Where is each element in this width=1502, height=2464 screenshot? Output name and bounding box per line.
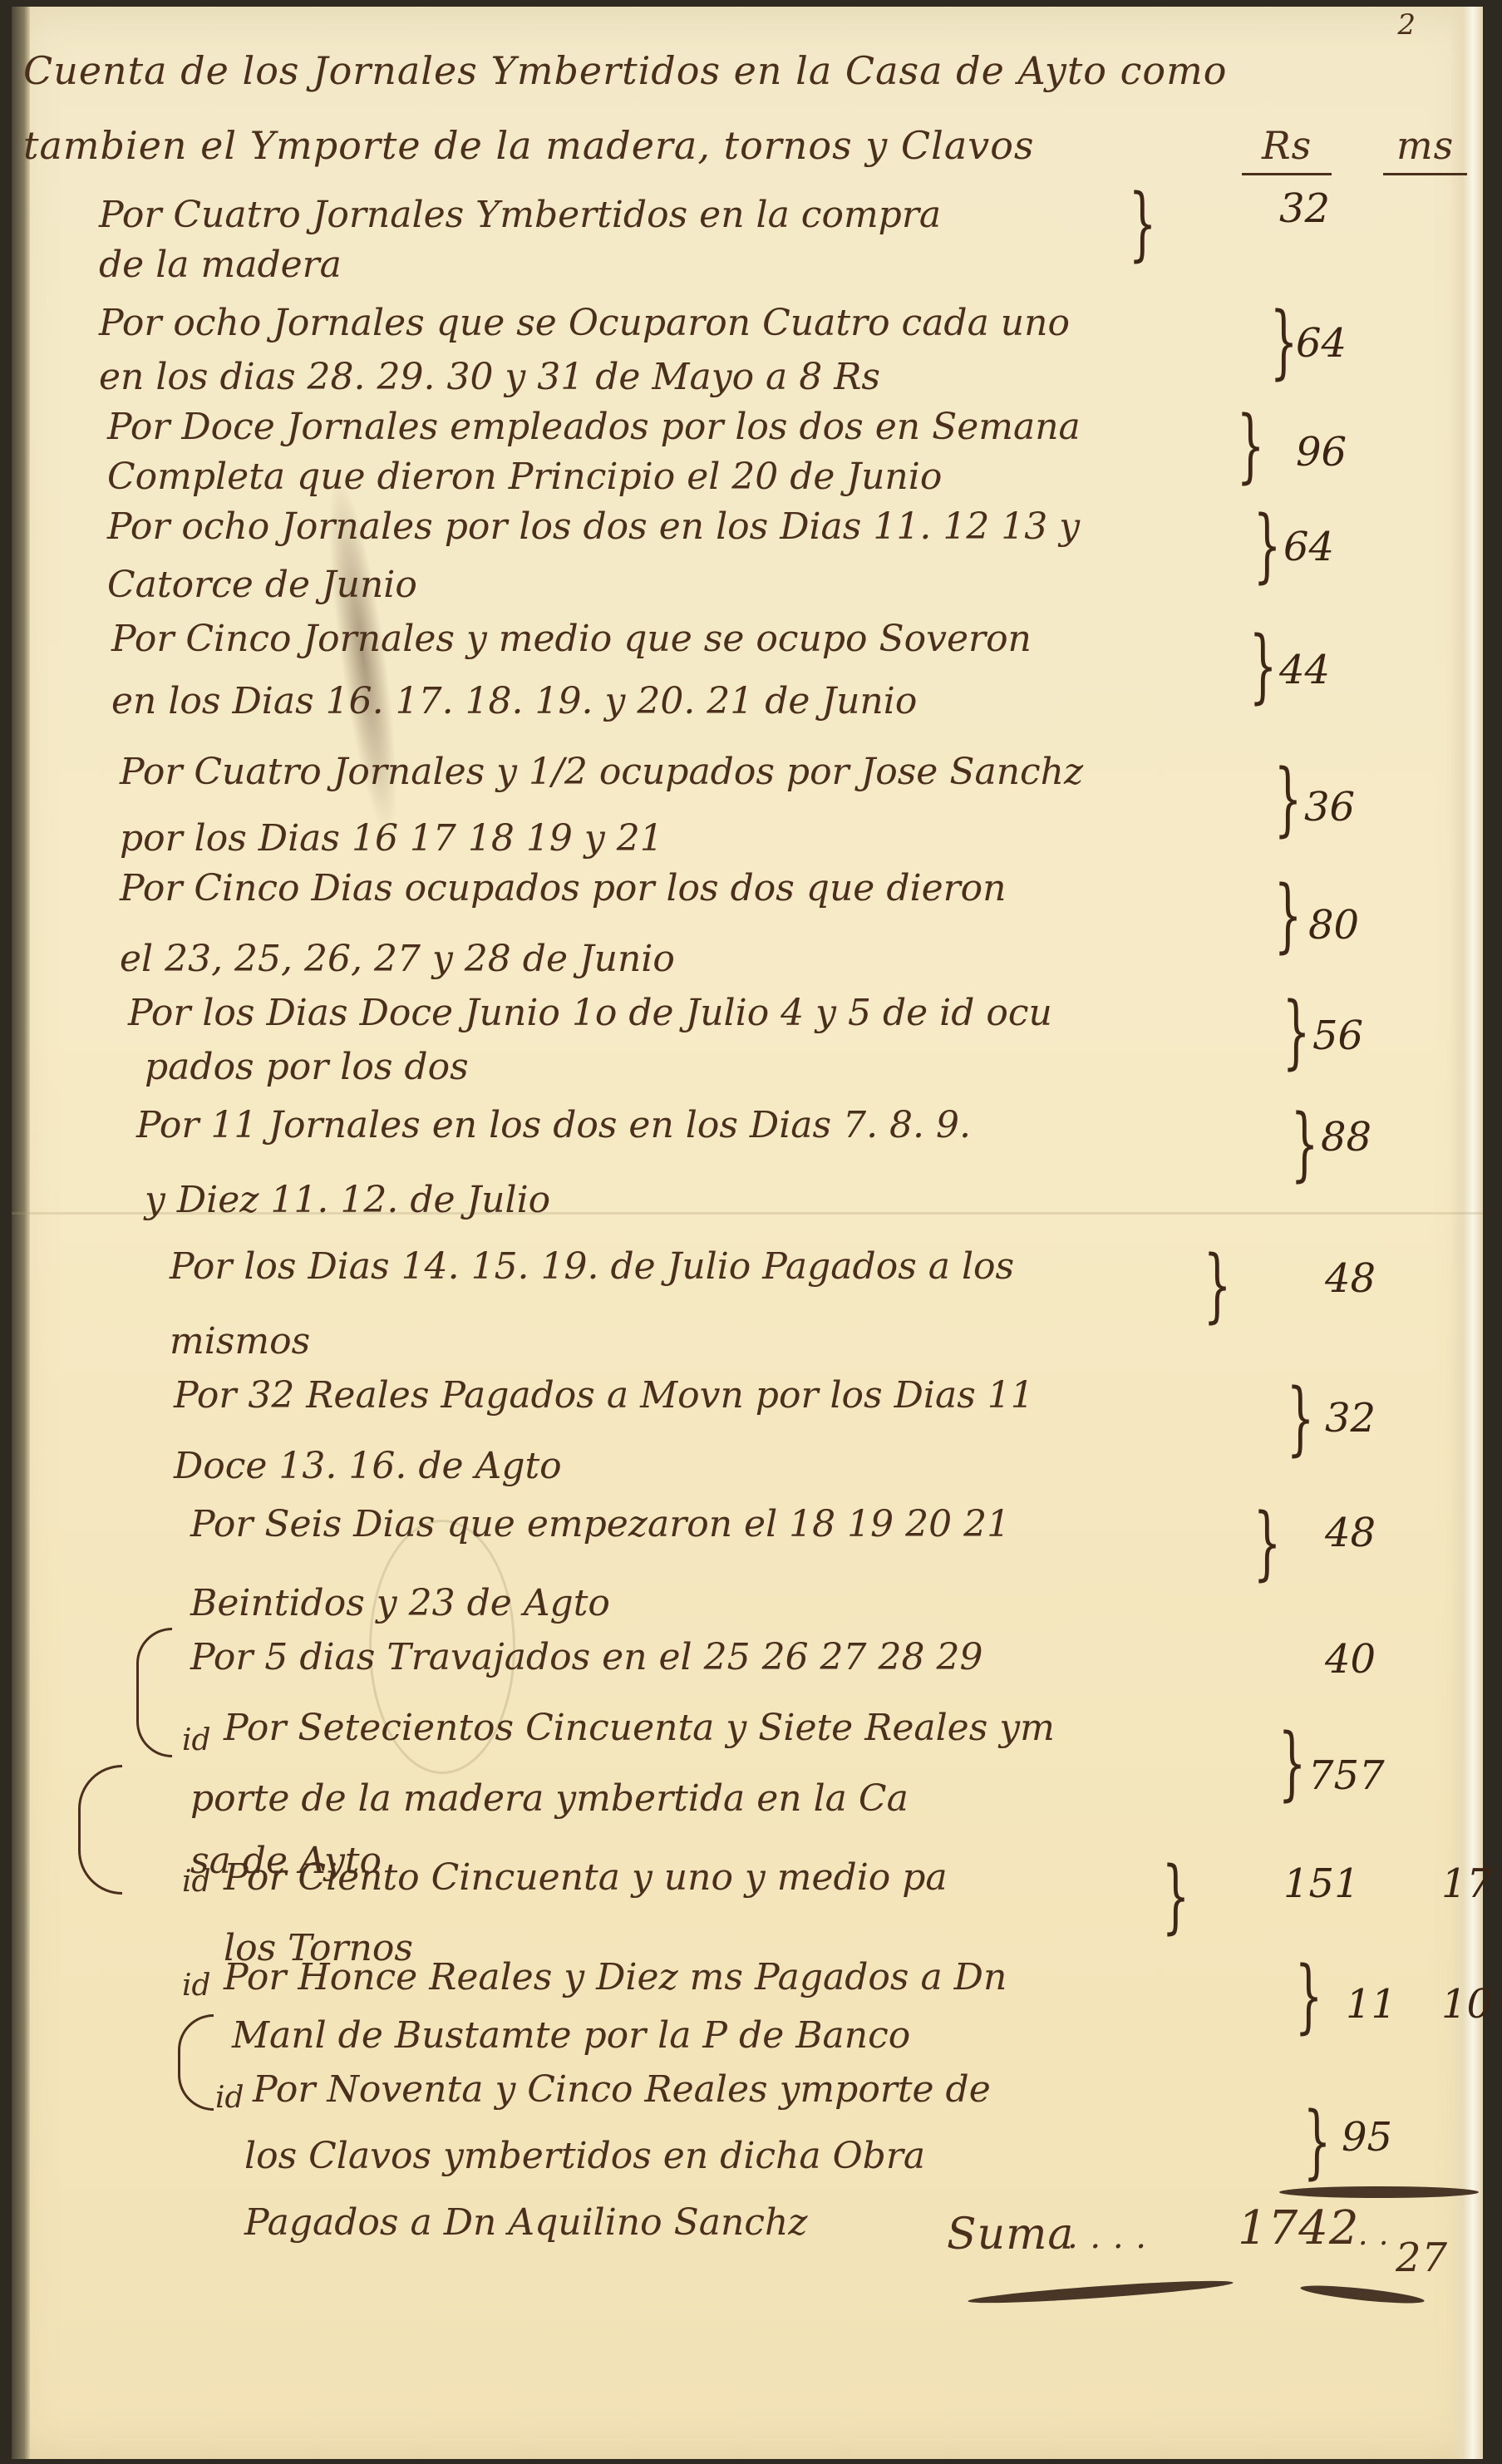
- entry-text: Por Setecientos Cincuenta y Siete Reales…: [224, 1707, 1055, 1749]
- entry-text: Por 11 Jornales en los dos en los Dias 7…: [136, 1104, 971, 1146]
- brace: }: [1253, 505, 1282, 585]
- document-title-line-1: Cuenta de los Jornales Ymbertidos en la …: [23, 48, 1227, 93]
- entry-text: Catorce de Junio: [107, 564, 417, 606]
- margin-note-idem: id: [182, 1723, 211, 1757]
- page-edge: [1450, 7, 1483, 2459]
- entry-text: Por los Dias Doce Junio 1o de Julio 4 y …: [128, 992, 1052, 1034]
- brace: }: [1287, 1378, 1315, 1458]
- entry-text: en los Dias 16. 17. 18. 19. y 20. 21 de …: [111, 680, 917, 722]
- brace: }: [1253, 1503, 1282, 1583]
- brace: }: [1291, 1104, 1319, 1184]
- entry-text: Manl de Bustamte por la P de Banco: [232, 2014, 910, 2057]
- sum-label: Suma: [947, 2210, 1074, 2259]
- entry-text: Por Cuatro Jornales y 1/2 ocupados por J…: [120, 751, 1083, 793]
- entry-text: Por los Dias 14. 15. 19. de Julio Pagado…: [170, 1245, 1014, 1288]
- column-header-maravedis: ms: [1383, 123, 1467, 175]
- brace: }: [1237, 406, 1265, 485]
- amount-reales: 36: [1304, 784, 1355, 830]
- amount-reales: 48: [1325, 1255, 1376, 1302]
- margin-note-idem: id: [182, 1969, 211, 2003]
- entry-text: Por Cuatro Jornales Ymbertidos en la com…: [99, 194, 941, 236]
- amount-reales: 40: [1325, 1636, 1376, 1683]
- sum-dots: . .: [1358, 2218, 1389, 2252]
- entry-text: Por Doce Jornales empleados por los dos …: [107, 406, 1081, 448]
- entry-text: Beintidos y 23 de Agto: [190, 1582, 610, 1624]
- entry-text: Por Cinco Dias ocupados por los dos que …: [120, 867, 1006, 909]
- entry-text: Por Noventa y Cinco Reales ymporte de: [253, 2068, 991, 2111]
- amount-reales: 151: [1283, 1860, 1360, 1907]
- brace: }: [1162, 1856, 1190, 1936]
- margin-note-idem: id: [182, 1865, 211, 1899]
- entry-text: pados por los dos: [145, 1046, 469, 1088]
- brace: }: [1129, 184, 1157, 264]
- amount-reales: 80: [1308, 902, 1359, 949]
- amount-reales: 11: [1346, 1981, 1396, 2028]
- entry-text: Completa que dieron Principio el 20 de J…: [107, 456, 942, 498]
- brace: }: [1278, 1723, 1307, 1803]
- entry-text: de la madera: [99, 244, 342, 286]
- entry-text: y Diez 11. 12. de Julio: [145, 1179, 550, 1221]
- sum-flourish: [1300, 2282, 1426, 2307]
- entry-text: el 23, 25, 26, 27 y 28 de Junio: [120, 938, 675, 980]
- book-binding: [12, 7, 30, 2459]
- sum-flourish: [968, 2277, 1234, 2307]
- margin-note-idem: id: [215, 2081, 244, 2115]
- sum-maravedis: 27: [1396, 2235, 1448, 2281]
- amount-reales: 64: [1296, 320, 1347, 367]
- margin-bracket: [178, 2014, 214, 2111]
- amount-reales: 56: [1312, 1013, 1363, 1059]
- brace: }: [1283, 992, 1311, 1072]
- entry-text: por los Dias 16 17 18 19 y 21: [120, 817, 663, 860]
- column-header-reales: Rs: [1242, 123, 1332, 175]
- amount-reales: 48: [1325, 1510, 1376, 1556]
- entry-text: los Clavos ymbertidos en dicha Obra: [244, 2135, 925, 2177]
- entry-text: Por Cinco Jornales y medio que se ocupo …: [111, 618, 1032, 660]
- entry-text: Doce 13. 16. de Agto: [174, 1445, 562, 1487]
- brace: }: [1295, 1956, 1323, 2036]
- amount-reales: 32: [1325, 1395, 1376, 1441]
- sum-rule-top: [1279, 2186, 1479, 2198]
- entry-text: porte de la madera ymbertida en la Ca: [190, 1777, 909, 1820]
- brace: }: [1270, 302, 1298, 382]
- entry-text: Por ocho Jornales por los dos en los Dia…: [107, 505, 1080, 548]
- amount-reales: 44: [1279, 647, 1330, 693]
- sum-dots: . . . .: [1067, 2218, 1147, 2256]
- amount-reales: 95: [1342, 2114, 1392, 2161]
- entry-text: Por Honce Reales y Diez ms Pagados a Dn: [224, 1956, 1007, 1998]
- brace: }: [1303, 2102, 1332, 2181]
- margin-bracket: [136, 1628, 172, 1757]
- folio-number: 2: [1397, 8, 1416, 42]
- brace: }: [1249, 626, 1278, 706]
- amount-reales: 757: [1308, 1752, 1385, 1799]
- brace: }: [1274, 875, 1303, 955]
- manuscript-page: 2 Cuenta de los Jornales Ymbertidos en l…: [12, 7, 1483, 2459]
- entry-text: Por 32 Reales Pagados a Movn por los Dia…: [174, 1374, 1034, 1417]
- entry-text: Por ocho Jornales que se Ocuparon Cuatro…: [99, 302, 1070, 344]
- entry-text: en los dias 28. 29. 30 y 31 de Mayo a 8 …: [99, 356, 880, 398]
- sum-reales: 1742: [1238, 2201, 1360, 2255]
- brace: }: [1204, 1245, 1232, 1325]
- entry-text: mismos: [170, 1320, 310, 1363]
- amount-maravedis: 10: [1441, 1981, 1492, 2028]
- entry-text: Por Ciento Cincuenta y uno y medio pa: [224, 1856, 948, 1899]
- entry-text: Por Seis Dias que empezaron el 18 19 20 …: [190, 1503, 1010, 1545]
- amount-maravedis: 17: [1441, 1860, 1492, 1907]
- amount-reales: 32: [1279, 185, 1330, 232]
- amount-reales: 64: [1283, 524, 1334, 570]
- brace: }: [1274, 759, 1303, 839]
- amount-reales: 88: [1321, 1114, 1371, 1161]
- margin-bracket: [78, 1765, 122, 1895]
- entry-text: Por 5 dias Travajados en el 25 26 27 28 …: [190, 1636, 983, 1678]
- amount-reales: 96: [1296, 429, 1347, 476]
- entry-text: Pagados a Dn Aquilino Sanchz: [244, 2201, 808, 2244]
- document-title-line-2: tambien el Ymporte de la madera, tornos …: [23, 123, 1035, 168]
